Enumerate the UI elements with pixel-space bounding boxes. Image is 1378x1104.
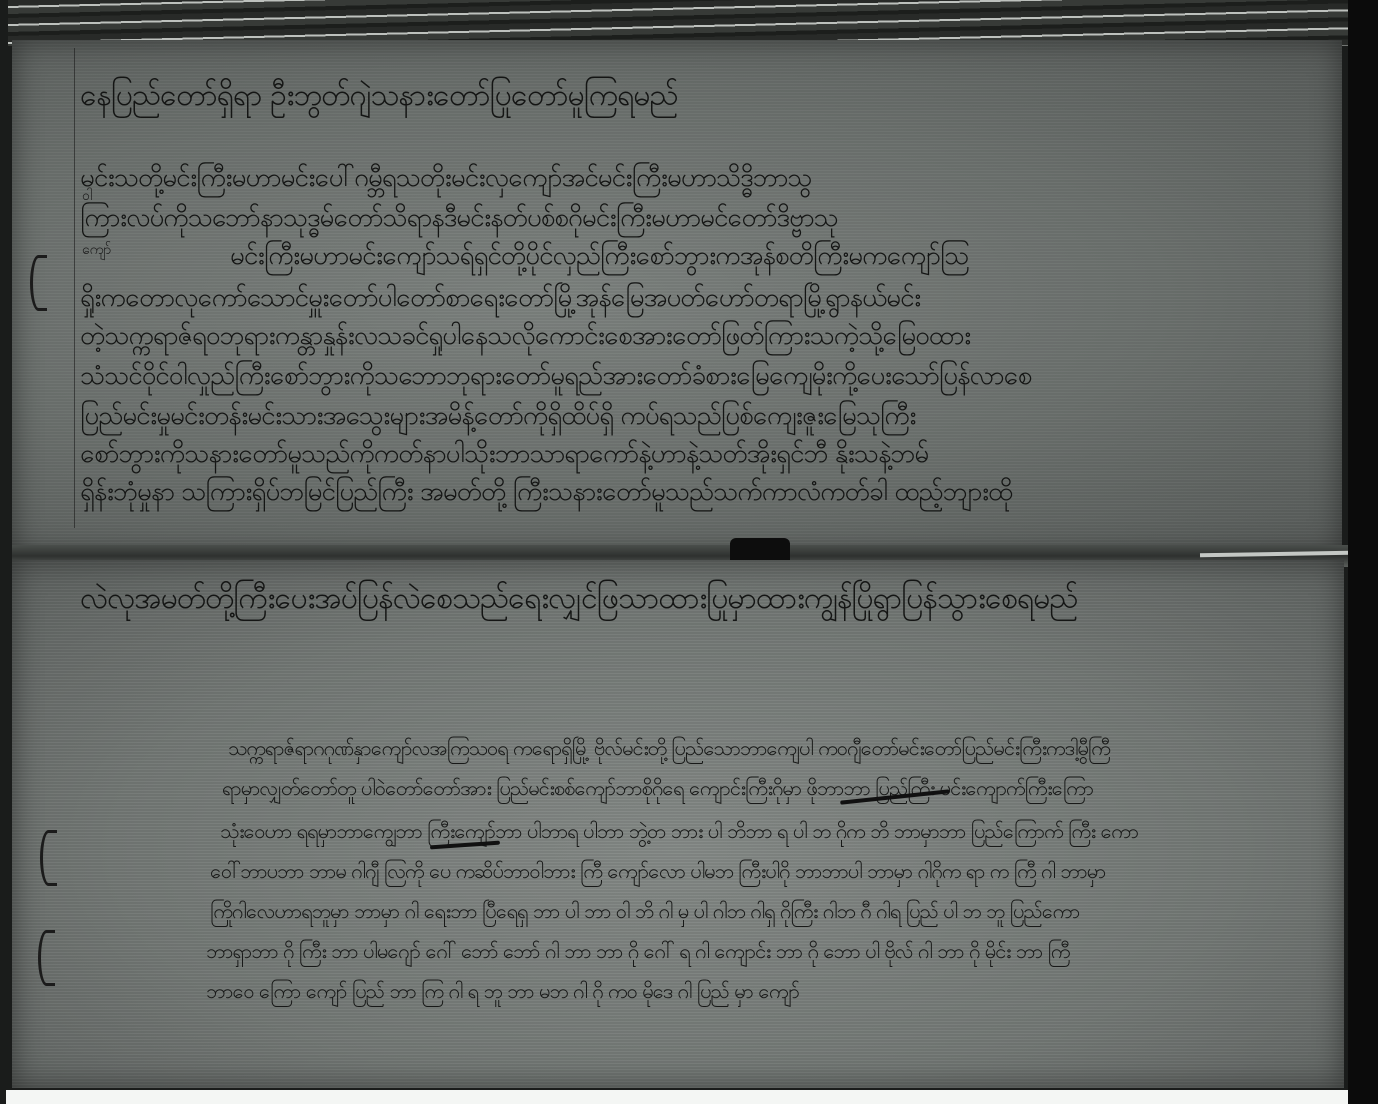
scan-edge	[1348, 0, 1378, 1104]
lower-line: ဘာဝေ ကြော ကျော် ပြည် ဘာ ကြ ဂါ ရ ဘူ ဘာ မဘ…	[206, 978, 866, 1008]
lower-line: သုံးဝေဟာ ရရမှာဘာကျွေဘာ ကြီးကျော်ဘာ ပါဘာရ…	[220, 818, 1230, 848]
lower-line: ကြိုဂါလေဟာရဘူမှာ ဘာမှာ ဂါ ရေးဘာ ပြီရေရှ …	[210, 898, 1270, 928]
margin-hook-mark	[30, 255, 47, 311]
margin-rule-upper	[74, 48, 75, 528]
upper-line: မင်းကြီးမဟာမင်းကျော်သရ်ရှင်တို့ပိုင်လှည်…	[230, 238, 1330, 277]
lower-line: ဘာရှာဘာ ဂို ကြီး ဘာ ပါမဂျော် ဂေါ် ဘော် ဘ…	[206, 938, 1216, 968]
upper-heading: နေပြည်တော်ရှိရာ ဦးဘွတ်ဂျဲသနားတော်ပြုတော်…	[80, 75, 840, 120]
upper-line: ရှိုးကတောလုကော်သောင်မှူးတော်ပါတော်စာရေးတ…	[80, 280, 1340, 319]
lower-line: ဝေါ်ဘာပဘာ ဘာမ ဂါဂျီ လြကို ပေ ကဆိပ်ဘာဝါဘာ…	[210, 858, 1220, 888]
margin-note: ဝါ	[82, 186, 92, 207]
lower-line: ရာမှာလျှတ်တော်တူ ပါဝဲတော်တော်အား ပြည်မင်…	[222, 775, 1232, 805]
scan-border	[6, 1090, 1356, 1104]
margin-hook-mark	[38, 930, 55, 986]
margin-note: ကျော်	[82, 240, 111, 261]
lower-line: သက္ကရာဇ်ရာဂဂုဏ်နှာကျော်လအကြသဝရ ကရောရှိမြ…	[228, 735, 1238, 765]
upper-line: မင်းသတို့မင်းကြီးမဟာမင်းပေါ်ဂမ္ဘီရသတိုးမ…	[80, 160, 1340, 199]
upper-line: တဲ့သက္ကရာဇ်ရဝဘုရားကန္တာနှုန်းလသခင်ရှုပါန…	[80, 318, 1340, 357]
manuscript-scan: နေပြည်တော်ရှိရာ ဦးဘွတ်ဂျဲသနားတော်ပြုတော်…	[0, 0, 1378, 1104]
lower-heading: လဲလုအမတ်တို့ကြီးပေးအပ်ပြန်လဲစေသည်ရေးလျှင…	[80, 578, 1340, 623]
upper-line: ပြည်မင်းမှုမင်းတန်းမင်းသားအသွေးများအမိန့…	[80, 398, 1340, 437]
upper-line: သံသင်ဝိုင်ဝါလှုည်ကြီးစော်ဘွားကိုသဘောဘုရာ…	[80, 358, 1340, 397]
upper-line: ရှိန်းဘုံမှုနာ သကြားရှိပ်ဘမြင်ပြည်ကြီး အ…	[80, 474, 1340, 513]
margin-hook-mark	[40, 830, 57, 886]
upper-line: စော်ဘွားကိုသနားတော်မူသည်ကိုကတ်နာပါသိုးဘာ…	[80, 436, 1340, 475]
upper-line: ကြားလပ်ကိုသဘော်နာသုဒ္ဓမ်တော်သိရာနဒီမင်းန…	[80, 200, 1340, 239]
